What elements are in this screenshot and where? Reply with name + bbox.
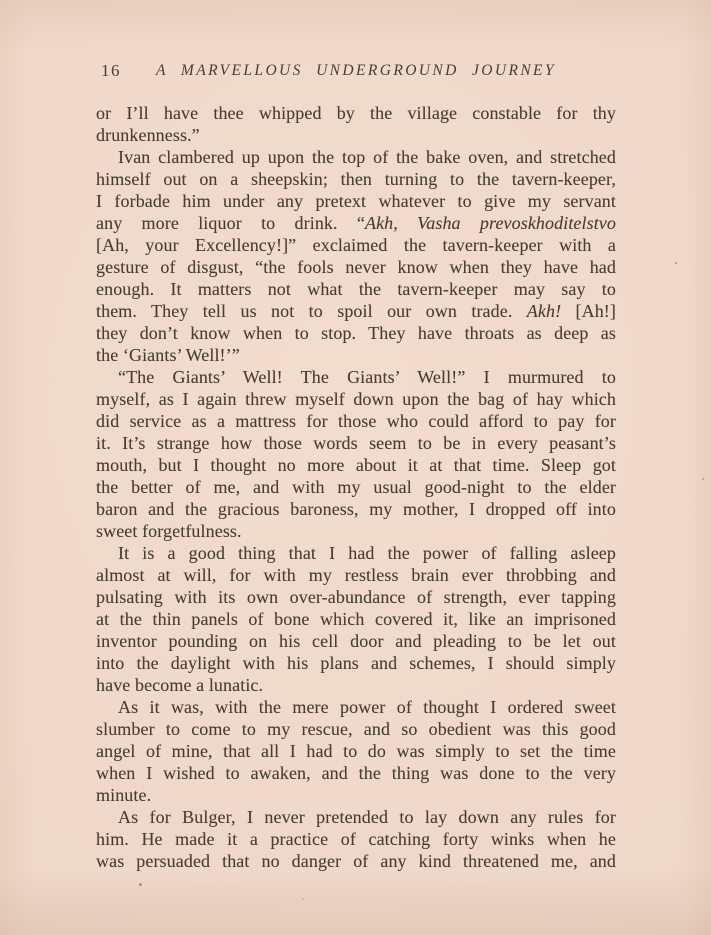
- ink-speck: [302, 898, 304, 900]
- text-line: slumber to come to my rescue, and so obe…: [96, 718, 616, 740]
- text-line: minute.: [96, 784, 616, 806]
- page-number: 16: [101, 61, 121, 81]
- text-line: pulsating with its own over-abundance of…: [96, 586, 616, 608]
- text-line: the ‘Giants’ Well!’”: [96, 344, 616, 366]
- running-header: A MARVELLOUS UNDERGROUND JOURNEY: [96, 61, 616, 80]
- text-line: him. He made it a practice of catching f…: [96, 828, 616, 850]
- text-line: any more liquor to drink. “Akh, Vasha pr…: [96, 212, 616, 234]
- text-line: I forbade him under any pretext whatever…: [96, 190, 616, 212]
- text-line: almost at will, for with my restless bra…: [96, 564, 616, 586]
- text-line: they don’t know when to stop. They have …: [96, 322, 616, 344]
- text-line: baron and the gracious baroness, my moth…: [96, 498, 616, 520]
- text-line: myself, as I again threw myself down upo…: [96, 388, 616, 410]
- text-line: have become a lunatic.: [96, 674, 616, 696]
- text-line: It is a good thing that I had the power …: [96, 542, 616, 564]
- text-line: it. It’s strange how those words seem to…: [96, 432, 616, 454]
- page-header-row: 16 A MARVELLOUS UNDERGROUND JOURNEY: [96, 61, 616, 83]
- text-line: As for Bulger, I never pretended to lay …: [96, 806, 616, 828]
- text-line: at the thin panels of bone which covered…: [96, 608, 616, 630]
- text-line: Ivan clambered up upon the top of the ba…: [96, 146, 616, 168]
- text-line: did service as a mattress for those who …: [96, 410, 616, 432]
- text-line: inventor pounding on his cell door and p…: [96, 630, 616, 652]
- text-line: or I’ll have thee whipped by the village…: [96, 102, 616, 124]
- text-line: [Ah, your Excellency!]” exclaimed the ta…: [96, 234, 616, 256]
- text-line: drunkenness.”: [96, 124, 616, 146]
- ink-speck: [675, 262, 677, 264]
- text-line: gesture of disgust, “the fools never kno…: [96, 256, 616, 278]
- text-line: when I wished to awaken, and the thing w…: [96, 762, 616, 784]
- book-page: 16 A MARVELLOUS UNDERGROUND JOURNEY or I…: [0, 0, 711, 935]
- text-line: the better of me, and with my usual good…: [96, 476, 616, 498]
- text-line: himself out on a sheepskin; then turning…: [96, 168, 616, 190]
- page-body: or I’ll have thee whipped by the village…: [96, 102, 616, 872]
- text-line: angel of mine, that all I had to do was …: [96, 740, 616, 762]
- ink-speck: [702, 478, 704, 480]
- text-line: was persuaded that no danger of any kind…: [96, 850, 616, 872]
- text-line: mouth, but I thought no more about it at…: [96, 454, 616, 476]
- text-line: into the daylight with his plans and sch…: [96, 652, 616, 674]
- ink-speck: [139, 883, 142, 886]
- text-line: enough. It matters not what the tavern-k…: [96, 278, 616, 300]
- text-line: “The Giants’ Well! The Giants’ Well!” I …: [96, 366, 616, 388]
- text-line: As it was, with the mere power of though…: [96, 696, 616, 718]
- text-line: them. They tell us not to spoil our own …: [96, 300, 616, 322]
- text-line: sweet forgetfulness.: [96, 520, 616, 542]
